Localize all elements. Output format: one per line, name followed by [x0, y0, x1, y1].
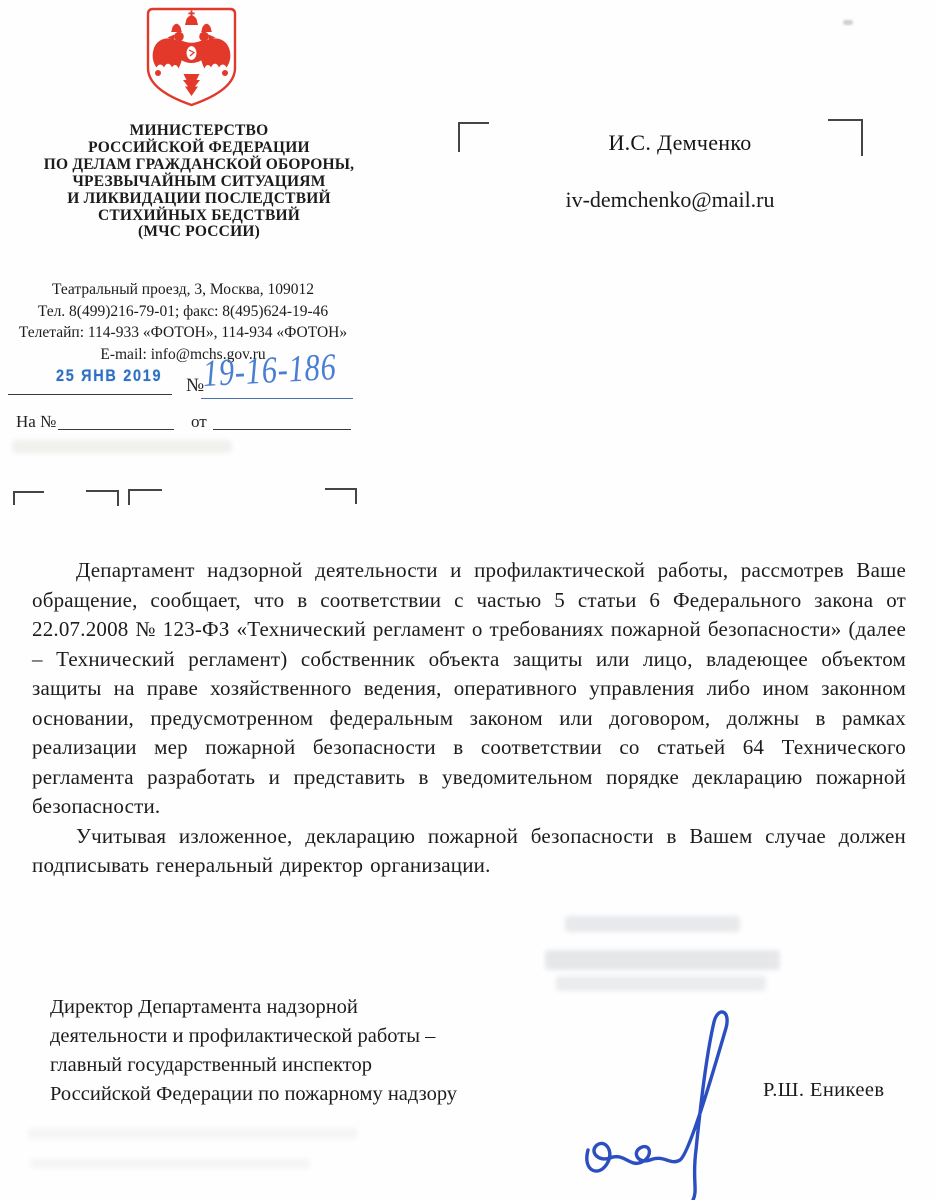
ministry-line: (МЧС РОССИИ)	[14, 224, 384, 241]
recipient-email: iv-demchenko@mail.ru	[480, 187, 860, 213]
signer-title-line: главный государственный инспектор	[50, 1051, 570, 1080]
fold-corner-mark	[128, 489, 162, 505]
ministry-name-block: МИНИСТЕРСТВО РОССИЙСКОЙ ФЕДЕРАЦИИ ПО ДЕЛ…	[14, 123, 384, 241]
signer-title-block: Директор Департамента надзорной деятельн…	[50, 993, 570, 1109]
reply-number-blank-line	[58, 429, 174, 430]
bleedthrough-artifact	[28, 1128, 358, 1139]
body-paragraph: Учитывая изложенное, декларацию пожарной…	[32, 822, 906, 881]
body-paragraph: Департамент надзорной деятельности и про…	[32, 556, 906, 822]
address-line: Театральный проезд, 3, Москва, 109012	[0, 279, 366, 301]
ministry-line: ЧРЕЗВЫЧАЙНЫМ СИТУАЦИЯМ	[14, 174, 384, 191]
bleedthrough-artifact	[556, 976, 766, 991]
ministry-line: МИНИСТЕРСТВО	[14, 123, 384, 140]
recipient-name: И.С. Демченко	[490, 130, 870, 156]
signer-name: Р.Ш. Еникеев	[763, 1079, 884, 1102]
address-line: Телетайп: 114-933 «ФОТОН», 114-934 «ФОТО…	[0, 322, 366, 344]
ministry-line: И ЛИКВИДАЦИИ ПОСЛЕДСТВИЙ	[14, 191, 384, 208]
fold-corner-mark	[86, 490, 119, 506]
signer-title-line: деятельности и профилактической работы –	[50, 1022, 570, 1051]
scanned-letter-page: МИНИСТЕРСТВО РОССИЙСКОЙ ФЕДЕРАЦИИ ПО ДЕЛ…	[0, 0, 936, 1200]
date-stamp: 25 ЯНВ 2019	[56, 366, 162, 386]
handwritten-signature	[580, 998, 760, 1200]
signer-title-line: Директор Департамента надзорной	[50, 993, 570, 1022]
ministry-line: ПО ДЕЛАМ ГРАЖДАНСКОЙ ОБОРОНЫ,	[14, 157, 384, 174]
fold-corner-mark	[13, 491, 44, 505]
reply-date-blank-line	[213, 429, 351, 430]
bleedthrough-artifact	[12, 440, 232, 453]
handwritten-outgoing-number: 19-16-186	[202, 345, 338, 396]
letter-body: Департамент надзорной деятельности и про…	[32, 556, 906, 881]
number-sign-label: №	[186, 375, 204, 397]
fold-corner-mark	[325, 488, 357, 504]
date-underline	[8, 394, 172, 395]
reply-from-label: от	[191, 412, 207, 432]
scan-speck-artifact	[843, 20, 853, 25]
address-window-corner-mark	[458, 122, 489, 152]
signer-title-line: Российской Федерации по пожарному надзор…	[50, 1080, 570, 1109]
bleedthrough-artifact	[30, 1158, 310, 1169]
bleedthrough-artifact	[565, 916, 740, 932]
ministry-line: СТИХИЙНЫХ БЕДСТВИЙ	[14, 208, 384, 225]
bleedthrough-artifact	[545, 950, 780, 970]
number-underline	[201, 398, 353, 399]
russian-coat-of-arms-icon	[145, 6, 238, 108]
reply-to-label: На №	[16, 412, 56, 432]
address-line: Тел. 8(499)216-79-01; факс: 8(495)624-19…	[0, 301, 366, 323]
ministry-line: РОССИЙСКОЙ ФЕДЕРАЦИИ	[14, 140, 384, 157]
